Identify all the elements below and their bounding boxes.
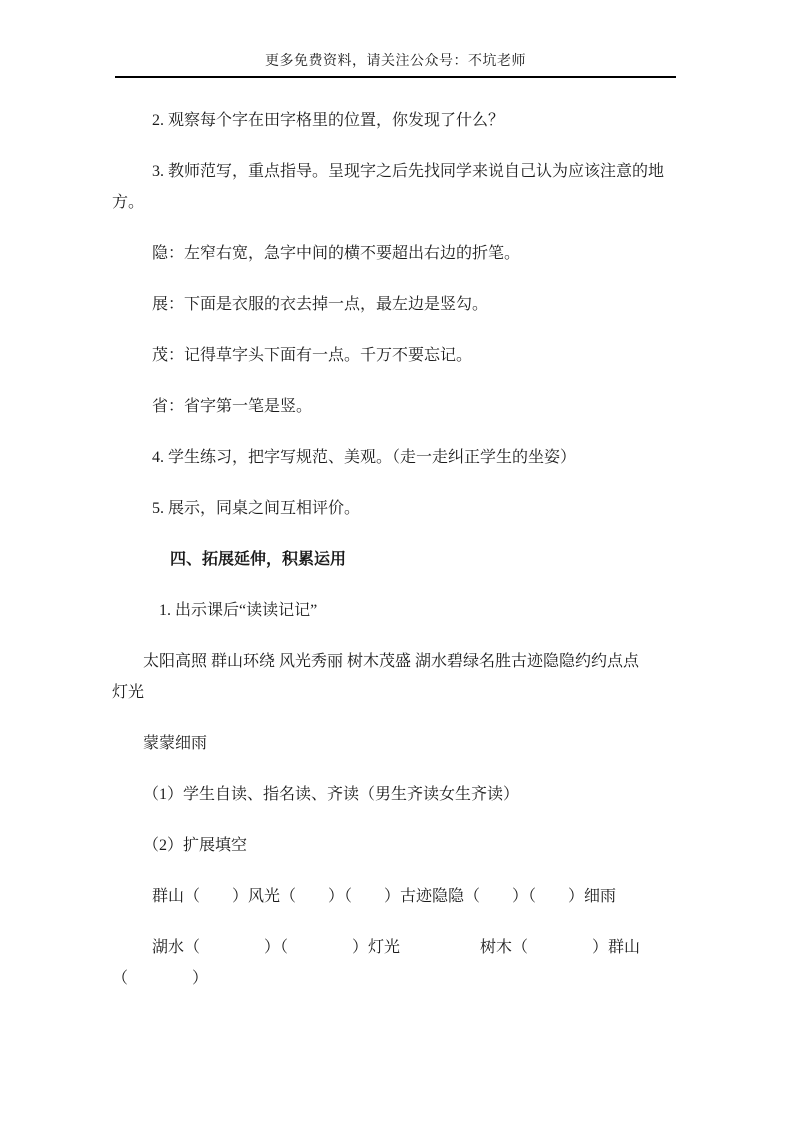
paragraph-line: 2. 观察每个字在田字格里的位置，你发现了什么？ bbox=[112, 105, 683, 136]
paragraph-line: 群山（ ）风光（ ）（ ）古迹隐隐（ ）（ ）细雨 bbox=[112, 881, 683, 912]
paragraph-line: （2）扩展填空 bbox=[112, 830, 683, 861]
paragraph-line: 太阳高照 群山环绕 风光秀丽 树木茂盛 湖水碧绿名胜古迹隐隐约约点点 bbox=[112, 646, 683, 677]
paragraph: 茂：记得草字头下面有一点。千万不要忘记。 bbox=[112, 340, 683, 371]
paragraph-line: （ ） bbox=[112, 963, 683, 994]
paragraph: （2）扩展填空 bbox=[112, 830, 683, 861]
header-note: 更多免费资料，请关注公众号：不坑老师 bbox=[265, 54, 526, 69]
paragraph-line: 隐：左窄右宽，急字中间的横不要超出右边的折笔。 bbox=[112, 238, 683, 269]
paragraph-line: （1）学生自读、指名读、齐读（男生齐读女生齐读） bbox=[112, 779, 683, 810]
paragraph-line: 4. 学生练习，把字写规范、美观。（走一走纠正学生的坐姿） bbox=[112, 442, 683, 473]
paragraph: 3. 教师范写，重点指导。呈现字之后先找同学来说自己认为应该注意的地方。 bbox=[112, 156, 683, 218]
page-header: 更多免费资料，请关注公众号：不坑老师 bbox=[115, 0, 676, 78]
paragraph: 4. 学生练习，把字写规范、美观。（走一走纠正学生的坐姿） bbox=[112, 442, 683, 473]
paragraph: 省：省字第一笔是竖。 bbox=[112, 391, 683, 422]
document-body: 2. 观察每个字在田字格里的位置，你发现了什么？3. 教师范写，重点指导。呈现字… bbox=[112, 78, 683, 994]
paragraph-line: 茂：记得草字头下面有一点。千万不要忘记。 bbox=[112, 340, 683, 371]
paragraph-line: 湖水（ ）（ ）灯光 树木（ ）群山 bbox=[112, 932, 683, 963]
paragraph: 太阳高照 群山环绕 风光秀丽 树木茂盛 湖水碧绿名胜古迹隐隐约约点点灯光 bbox=[112, 646, 683, 708]
paragraph-line: 展：下面是衣服的衣去掉一点，最左边是竖勾。 bbox=[112, 289, 683, 320]
paragraph-line: 四、拓展延伸，积累运用 bbox=[112, 544, 683, 575]
paragraph: （1）学生自读、指名读、齐读（男生齐读女生齐读） bbox=[112, 779, 683, 810]
paragraph: 1. 出示课后“读读记记” bbox=[112, 595, 683, 626]
paragraph: 5. 展示，同桌之间互相评价。 bbox=[112, 493, 683, 524]
document-page: 更多免费资料，请关注公众号：不坑老师 2. 观察每个字在田字格里的位置，你发现了… bbox=[0, 0, 793, 1122]
paragraph-line: 5. 展示，同桌之间互相评价。 bbox=[112, 493, 683, 524]
paragraph: 隐：左窄右宽，急字中间的横不要超出右边的折笔。 bbox=[112, 238, 683, 269]
paragraph-line: 1. 出示课后“读读记记” bbox=[112, 595, 683, 626]
paragraph-line: 方。 bbox=[112, 187, 683, 218]
paragraph-line: 蒙蒙细雨 bbox=[112, 728, 683, 759]
paragraph: 2. 观察每个字在田字格里的位置，你发现了什么？ bbox=[112, 105, 683, 136]
paragraph-line: 灯光 bbox=[112, 677, 683, 708]
section-heading: 四、拓展延伸，积累运用 bbox=[112, 544, 683, 575]
paragraph: 蒙蒙细雨 bbox=[112, 728, 683, 759]
paragraph: 展：下面是衣服的衣去掉一点，最左边是竖勾。 bbox=[112, 289, 683, 320]
paragraph: 群山（ ）风光（ ）（ ）古迹隐隐（ ）（ ）细雨 bbox=[112, 881, 683, 912]
paragraph-line: 3. 教师范写，重点指导。呈现字之后先找同学来说自己认为应该注意的地 bbox=[112, 156, 683, 187]
paragraph-line: 省：省字第一笔是竖。 bbox=[112, 391, 683, 422]
paragraph: 湖水（ ）（ ）灯光 树木（ ）群山（ ） bbox=[112, 932, 683, 994]
